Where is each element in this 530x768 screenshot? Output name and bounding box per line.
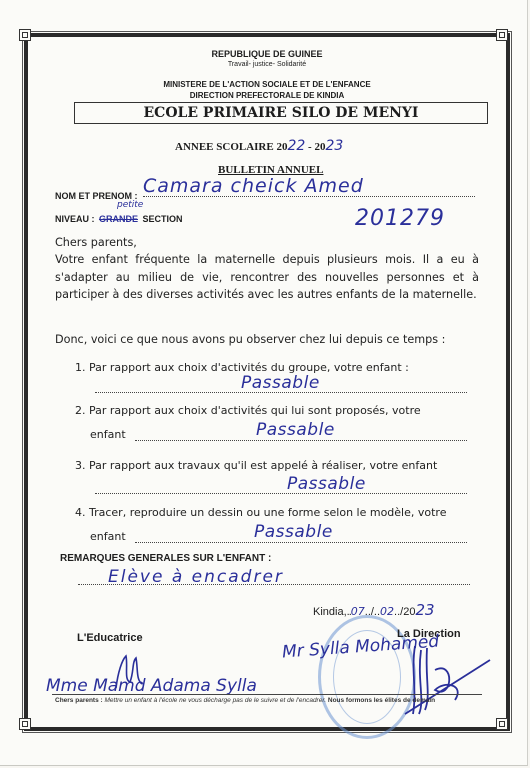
footer-text: Mettre un enfant à l'école ne vous décha…	[103, 697, 328, 704]
evaluation-question: Par rapport aux travaux qu'il est appelé…	[89, 459, 437, 472]
footer-rule	[52, 694, 482, 695]
evaluation-item: 2. Par rapport aux choix d'activités qui…	[75, 404, 479, 417]
border-corner-ornament	[19, 718, 31, 730]
evaluation-answer: Passable	[254, 522, 333, 542]
answer-line	[135, 440, 467, 441]
letter-greeting: Chers parents,	[55, 234, 479, 252]
remarks-value: Elève à encadrer	[108, 567, 284, 587]
evaluation-number: 3.	[75, 459, 86, 472]
school-year-start: 22	[287, 138, 305, 154]
level-label: NIVEAU :	[55, 214, 95, 224]
school-year-separator: - 20	[305, 141, 325, 153]
evaluation-answer: Passable	[256, 420, 335, 440]
school-year-end: 23	[325, 138, 343, 154]
footer-note: Chers parents : Mettre un enfant à l'éco…	[55, 697, 435, 704]
evaluation-answer: Passable	[287, 474, 366, 494]
date-month: 02	[380, 605, 394, 618]
answer-line	[135, 542, 467, 543]
ministry-heading: MINISTERE DE L'ACTION SOCIALE ET DE L'EN…	[24, 80, 510, 89]
prefectoral-direction: DIRECTION PREFECTORALE DE KINDIA	[24, 91, 510, 100]
student-level-row: NIVEAU : GRANDE SECTION petite	[55, 209, 182, 227]
educator-signature-icon	[108, 652, 148, 692]
date-place: Kindia,	[313, 606, 347, 618]
educator-name: Mme Mamd Adama Sylla	[46, 676, 257, 696]
border-corner-ornament	[496, 29, 508, 41]
educator-label: L'Educatrice	[77, 632, 143, 644]
letter-intro: Donc, voici ce que nous avons pu observe…	[55, 331, 479, 349]
evaluation-question: Par rapport aux choix d'activités qui lu…	[89, 404, 421, 417]
evaluation-number: 2.	[75, 404, 86, 417]
evaluation-answer: Passable	[241, 373, 320, 393]
border-corner-ornament	[496, 718, 508, 730]
student-matricule: 201279	[355, 206, 445, 231]
republic-heading: REPUBLIQUE DE GUINEE	[24, 49, 510, 59]
school-name-box: ECOLE PRIMAIRE SILO DE MENYI	[74, 102, 488, 124]
evaluation-number: 1.	[75, 361, 86, 374]
evaluation-question: Tracer, reproduire un dessin ou une form…	[89, 506, 446, 519]
level-handwritten: petite	[117, 200, 143, 210]
date-year-prefix: /20	[400, 606, 415, 618]
level-struck-value: GRANDE	[99, 214, 138, 224]
student-name-value: Camara cheick Amed	[143, 175, 364, 197]
evaluation-item: 3. Par rapport aux travaux qu'il est app…	[75, 459, 479, 472]
school-year: ANNEE SCOLAIRE 2022 - 2023	[175, 138, 343, 154]
evaluation-item: 4. Tracer, reproduire un dessin ou une f…	[75, 506, 479, 519]
footer-bold: Nous formons les élites de demain	[328, 697, 435, 704]
letter-paragraph: Votre enfant fréquente la maternelle dep…	[55, 251, 479, 304]
school-year-label: ANNEE SCOLAIRE 20	[175, 141, 287, 153]
footer-prefix: Chers parents :	[55, 697, 103, 704]
level-suffix: SECTION	[142, 214, 182, 224]
remarks-label: REMARQUES GENERALES SUR L'ENFANT :	[60, 553, 271, 564]
evaluation-number: 4.	[75, 506, 86, 519]
director-signature-icon	[395, 640, 495, 720]
border-corner-ornament	[19, 29, 31, 41]
answer-line	[95, 493, 467, 494]
national-motto: Travail- justice- Solidarité	[24, 61, 510, 68]
date-year-suffix: 23	[415, 601, 434, 619]
